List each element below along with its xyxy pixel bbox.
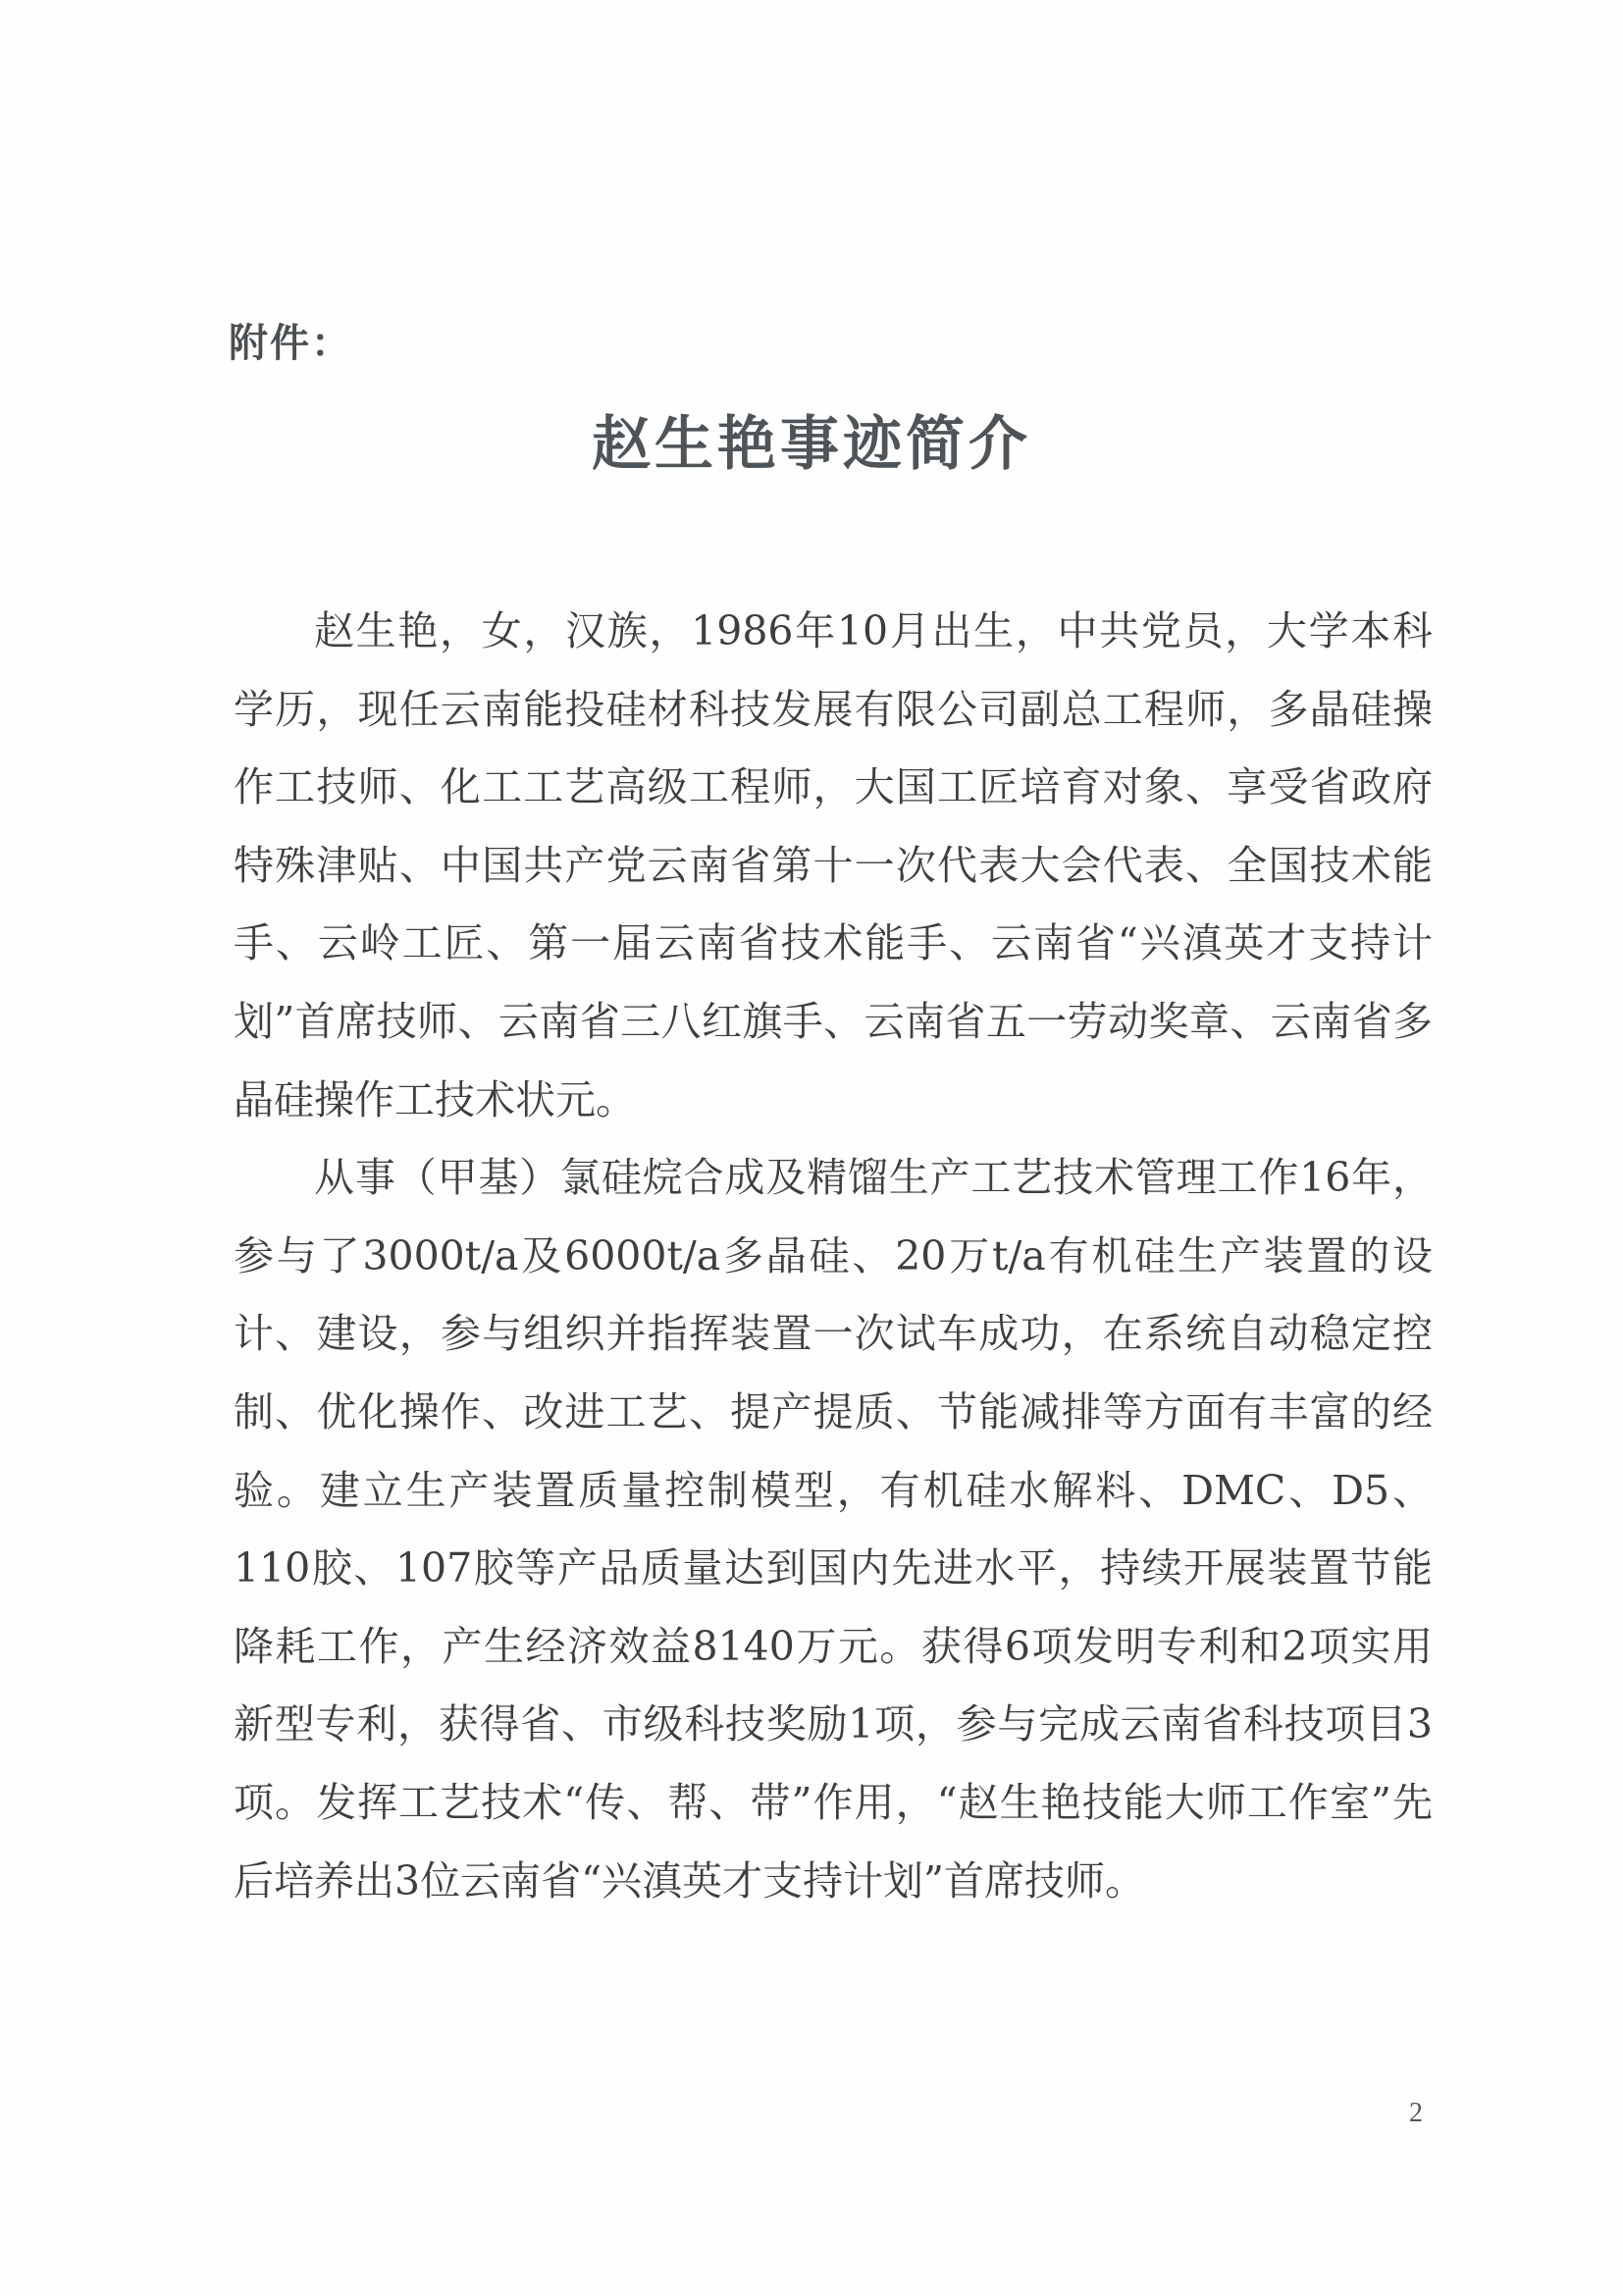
page-number: 2	[1409, 2098, 1423, 2129]
document-title: 赵生艳事迹简介	[0, 397, 1623, 482]
document-page: 附件： 赵生艳事迹简介 赵生艳，女，汉族，1986年10月出生，中共党员，大学本…	[0, 0, 1623, 2296]
document-body: 赵生艳，女，汉族，1986年10月出生，中共党员，大学本科学历，现任云南能投硅材…	[234, 593, 1433, 1920]
paragraph-profile: 赵生艳，女，汉族，1986年10月出生，中共党员，大学本科学历，现任云南能投硅材…	[234, 593, 1433, 1139]
paragraph-achievements: 从事（甲基）氯硅烷合成及精馏生产工艺技术管理工作16年，参与了3000t/a及6…	[234, 1139, 1433, 1920]
attachment-label: 附件：	[229, 312, 352, 368]
